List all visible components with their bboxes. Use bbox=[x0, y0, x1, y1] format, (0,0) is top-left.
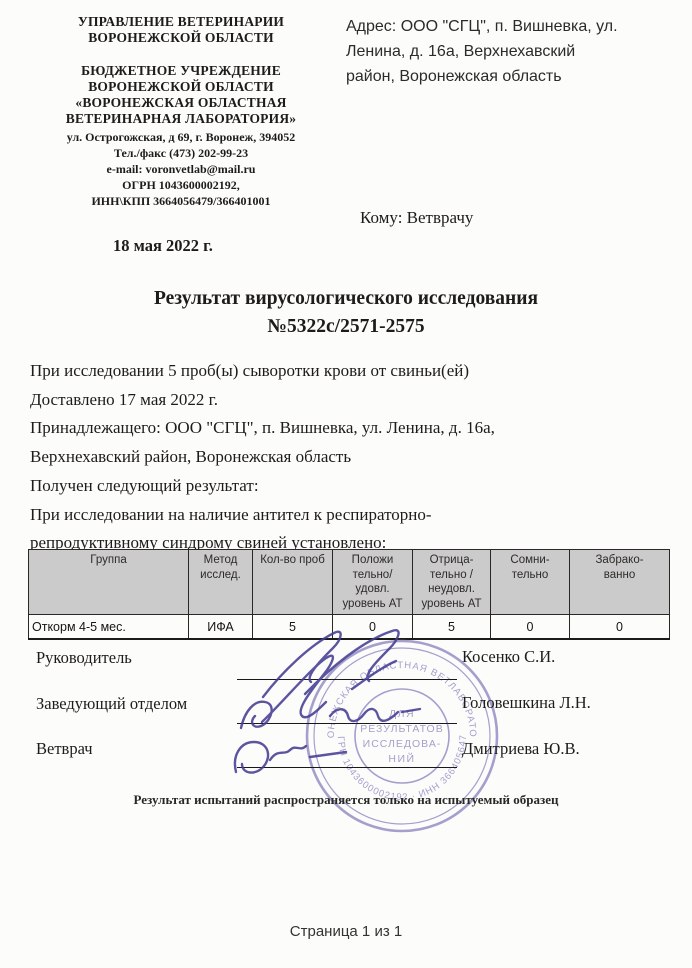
signature-name: Дмитриева Ю.В. bbox=[462, 739, 580, 759]
org-name: БЮДЖЕТНОЕ УЧРЕЖДЕНИЕ ВОРОНЕЖСКОЙ ОБЛАСТИ… bbox=[28, 63, 334, 127]
signature-role: Заведующий отделом bbox=[36, 694, 187, 714]
org-header-left: УПРАВЛЕНИЕ ВЕТЕРИНАРИИ ВОРОНЕЖСКОЙ ОБЛАС… bbox=[28, 14, 334, 209]
org-street: ул. Острогожская, д 69, г. Воронеж, 3940… bbox=[28, 129, 334, 145]
svg-text:ВОРОНЕЖСКАЯ ОБЛАСТНАЯ ВЕТЛАБОР: ВОРОНЕЖСКАЯ ОБЛАСТНАЯ ВЕТЛАБОРАТОРИЯ bbox=[288, 622, 478, 738]
table-header-cell: Забрако- ванно bbox=[570, 550, 670, 615]
org-inn: ИНН\КПП 3664056479/366401001 bbox=[28, 193, 334, 209]
body-line: Верхнехавский район, Воронежская область bbox=[30, 443, 670, 472]
table-cell-method: ИФА bbox=[189, 615, 253, 640]
table-header-cell: Положи тельно/ удовл. уровень АТ bbox=[333, 550, 413, 615]
body-line: Доставлено 17 мая 2022 г. bbox=[30, 386, 670, 415]
stamp-center-line: РЕЗУЛЬТАТОВ bbox=[360, 723, 443, 735]
signature-name: Головешкина Л.Н. bbox=[462, 693, 591, 713]
org-phone: Тел./факс (473) 202-99-23 bbox=[28, 145, 334, 161]
org-line: ВЕТЕРИНАРНАЯ ЛАБОРАТОРИЯ» bbox=[28, 111, 334, 127]
document-date: 18 мая 2022 г. bbox=[113, 236, 213, 256]
recipient-to: Кому: Ветврачу bbox=[360, 208, 473, 228]
recipient-address: Адрес: ООО "СГЦ", п. Вишневка, ул. Ленин… bbox=[346, 14, 676, 89]
body-line: При исследовании на наличие антител к ре… bbox=[30, 501, 670, 530]
org-management: УПРАВЛЕНИЕ ВЕТЕРИНАРИИ ВОРОНЕЖСКОЙ ОБЛАС… bbox=[28, 14, 334, 46]
stamp-center-line: ДЛЯ bbox=[389, 708, 415, 720]
org-line: БЮДЖЕТНОЕ УЧРЕЖДЕНИЕ bbox=[28, 63, 334, 79]
body-text: При исследовании 5 проб(ы) сыворотки кро… bbox=[30, 357, 670, 558]
table-cell-group: Откорм 4-5 мес. bbox=[29, 615, 189, 640]
org-line: ВОРОНЕЖСКОЙ ОБЛАСТИ bbox=[28, 79, 334, 95]
table-header-cell: Группа bbox=[29, 550, 189, 615]
table-header-cell: Метод исслед. bbox=[189, 550, 253, 615]
stamp-ring-top-text: ВОРОНЕЖСКАЯ ОБЛАСТНАЯ ВЕТЛАБОРАТОРИЯ bbox=[288, 622, 478, 738]
org-ogrn: ОГРН 1043600002192, bbox=[28, 177, 334, 193]
page-number: Страница 1 из 1 bbox=[0, 923, 692, 940]
signature-ink bbox=[241, 702, 272, 728]
table-header-cell: Сомни- тельно bbox=[491, 550, 570, 615]
signature-name: Косенко С.И. bbox=[462, 647, 555, 667]
stamp-center-line: ИССЛЕДОВА- bbox=[363, 738, 442, 750]
document-title: Результат вирусологического исследования… bbox=[0, 285, 692, 341]
signature-line bbox=[237, 723, 457, 724]
signature-line bbox=[237, 767, 457, 768]
disclaimer-note: Результат испытаний распространяется тол… bbox=[16, 792, 676, 808]
stamp-center-line: НИЙ bbox=[388, 752, 415, 765]
table-header-cell: Отрица- тельно / неудовл. уровень АТ bbox=[413, 550, 491, 615]
org-line: «ВОРОНЕЖСКАЯ ОБЛАСТНАЯ bbox=[28, 95, 334, 111]
org-line: УПРАВЛЕНИЕ ВЕТЕРИНАРИИ bbox=[28, 14, 334, 30]
title-line-1: Результат вирусологического исследования bbox=[0, 285, 692, 313]
org-contacts: ул. Острогожская, д 69, г. Воронеж, 3940… bbox=[28, 129, 334, 209]
signature-role: Руководитель bbox=[36, 648, 132, 668]
body-line: При исследовании 5 проб(ы) сыворотки кро… bbox=[30, 357, 670, 386]
document-page: УПРАВЛЕНИЕ ВЕТЕРИНАРИИ ВОРОНЕЖСКОЙ ОБЛАС… bbox=[0, 0, 692, 968]
signature-line bbox=[237, 679, 457, 680]
table-cell-rejected: 0 bbox=[570, 615, 670, 640]
org-email: e-mail: voronvetlab@mail.ru bbox=[28, 161, 334, 177]
org-line: ВОРОНЕЖСКОЙ ОБЛАСТИ bbox=[28, 30, 334, 46]
body-line: Получен следующий результат: bbox=[30, 472, 670, 501]
title-line-2: №5322с/2571-2575 bbox=[0, 313, 692, 341]
table-header-row: Группа Метод исслед. Кол-во проб Положи … bbox=[29, 550, 670, 615]
body-line: Принадлежащего: ООО "СГЦ", п. Вишневка, … bbox=[30, 414, 670, 443]
table-header-cell: Кол-во проб bbox=[253, 550, 333, 615]
signature-role: Ветврач bbox=[36, 739, 93, 759]
